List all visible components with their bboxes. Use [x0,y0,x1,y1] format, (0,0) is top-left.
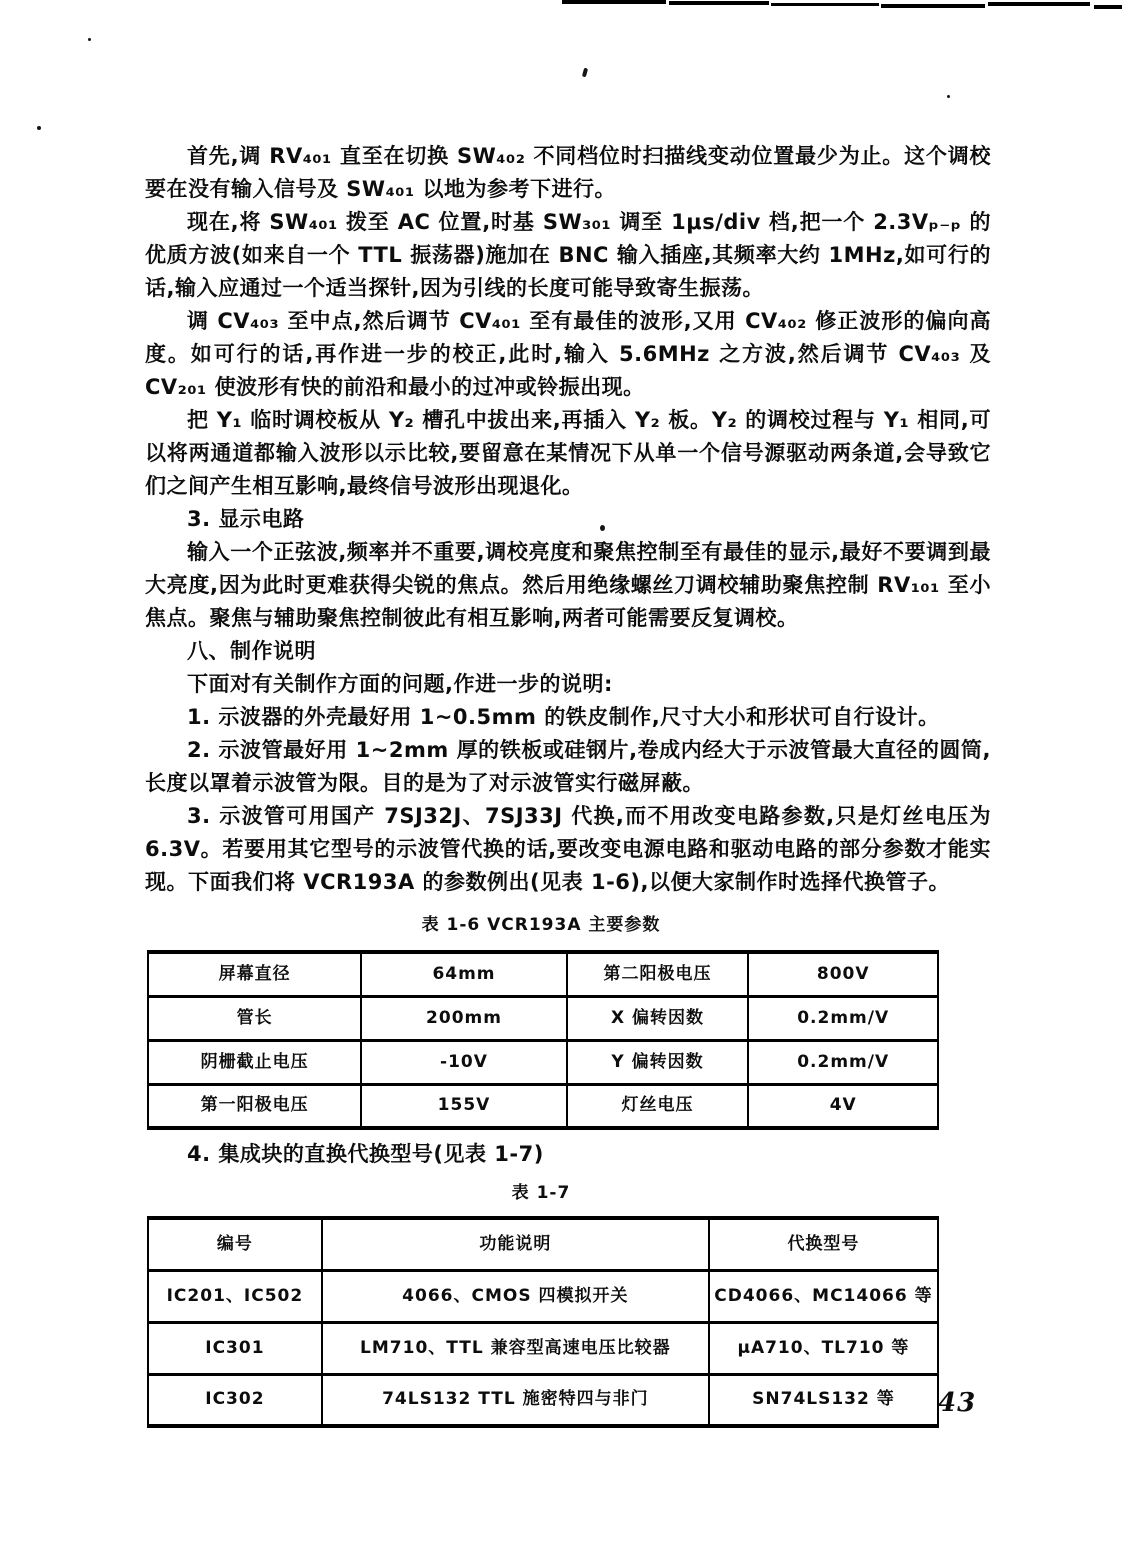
param-label: 管长 [148,996,361,1040]
param-label: X 偏转因数 [567,996,749,1040]
heading-display-circuit: 3. 显示电路 [145,503,991,536]
column-header-ic-number: 编号 [148,1218,322,1270]
param-value: -10V [361,1040,566,1084]
param-value: 0.2mm/V [748,1040,938,1084]
ic-number: IC302 [148,1374,322,1426]
scan-artifact-dash [988,2,1090,6]
scan-artifact-dash [771,3,879,6]
param-value: 64mm [361,952,566,996]
param-value: 4V [748,1084,938,1128]
param-value: 200mm [361,996,566,1040]
list-item-case: 1. 示波器的外壳最好用 1~0.5mm 的铁皮制作,尺寸大小和形状可自行设计。 [145,701,991,734]
ic-number: IC201、IC502 [148,1270,322,1322]
ic-replacement: μA710、TL710 等 [709,1322,938,1374]
paragraph-rv401-adjust: 首先,调 RV₄₀₁ 直至在切换 SW₄₀₂ 不同档位时扫描线变动位置最少为止。… [145,140,991,206]
param-label: 屏幕直径 [148,952,361,996]
param-label: 第一阳极电压 [148,1084,361,1128]
param-value: 800V [748,952,938,996]
paragraph-sine-focus: 输入一个正弦波,频率并不重要,调校亮度和聚焦控制至有最佳的显示,最好不要调到最大… [145,536,991,635]
column-header-replacement: 代换型号 [709,1218,938,1270]
paragraph-sw401-ac-squarewave: 现在,将 SW₄₀₁ 拨至 AC 位置,时基 SW₃₀₁ 调至 1μs/div … [145,206,991,305]
table-header-row: 编号 功能说明 代换型号 [148,1218,938,1270]
list-item-crt-substitute: 3. 示波管可用国产 7SJ32J、7SJ33J 代换,而不用改变电路参数,只是… [145,800,991,899]
table-row: 屏幕直径 64mm 第二阳极电压 800V [148,952,938,996]
list-item-shield: 2. 示波管最好用 1~2mm 厚的铁板或硅钢片,卷成内经大于示波管最大直径的圆… [145,734,991,800]
column-header-function: 功能说明 [322,1218,709,1270]
param-value: 0.2mm/V [748,996,938,1040]
table-row: IC201、IC502 4066、CMOS 四模拟开关 CD4066、MC140… [148,1270,938,1322]
table-row: IC301 LM710、TTL 兼容型高速电压比较器 μA710、TL710 等 [148,1322,938,1374]
scan-artifact-speck [88,38,91,41]
table-ic-substitutions: 编号 功能说明 代换型号 IC201、IC502 4066、CMOS 四模拟开关… [147,1216,939,1428]
param-value: 155V [361,1084,566,1128]
table-vcr193a-parameters: 屏幕直径 64mm 第二阳极电压 800V 管长 200mm X 偏转因数 0.… [147,950,939,1130]
ic-replacement: SN74LS132 等 [709,1374,938,1426]
scan-artifact-dash [1094,5,1122,9]
scan-artifact-dash [881,4,985,8]
scan-artifact-speck [947,95,950,98]
ic-function: 4066、CMOS 四模拟开关 [322,1270,709,1322]
ic-replacement: CD4066、MC14066 等 [709,1270,938,1322]
scan-artifact-speck [37,126,41,130]
page-number: 43 [938,1388,976,1418]
heading-fabrication-notes: 八、制作说明 [145,635,991,668]
param-label: 灯丝电压 [567,1084,749,1128]
table-row: IC302 74LS132 TTL 施密特四与非门 SN74LS132 等 [148,1374,938,1426]
paragraph-cv403-waveform: 调 CV₄₀₃ 至中点,然后调节 CV₄₀₁ 至有最佳的波形,又用 CV₄₀₂ … [145,305,991,404]
param-label: 阴栅截止电压 [148,1040,361,1084]
paragraph-fabrication-intro: 下面对有关制作方面的问题,作进一步的说明: [145,668,991,701]
table-1-7-caption: 表 1-7 [145,1177,937,1210]
table-1-6-caption: 表 1-6 VCR193A 主要参数 [145,909,937,942]
list-item-ic-substitute: 4. 集成块的直换代换型号(见表 1-7) [145,1138,991,1171]
scan-artifact-dash [562,0,666,4]
param-label: 第二阳极电压 [567,952,749,996]
scan-artifact-speck [582,68,588,78]
ic-function: 74LS132 TTL 施密特四与非门 [322,1374,709,1426]
paragraph-y1-y2-boards: 把 Y₁ 临时调校板从 Y₂ 槽孔中拔出来,再插入 Y₂ 板。Y₂ 的调校过程与… [145,404,991,503]
table-row: 管长 200mm X 偏转因数 0.2mm/V [148,996,938,1040]
table-row: 阴栅截止电压 -10V Y 偏转因数 0.2mm/V [148,1040,938,1084]
param-label: Y 偏转因数 [567,1040,749,1084]
scan-artifact-dash [669,1,769,5]
ic-function: LM710、TTL 兼容型高速电压比较器 [322,1322,709,1374]
scanned-book-page: 首先,调 RV₄₀₁ 直至在切换 SW₄₀₂ 不同档位时扫描线变动位置最少为止。… [0,0,1122,1568]
ic-number: IC301 [148,1322,322,1374]
table-row: 第一阳极电压 155V 灯丝电压 4V [148,1084,938,1128]
page-content: 首先,调 RV₄₀₁ 直至在切换 SW₄₀₂ 不同档位时扫描线变动位置最少为止。… [145,140,991,1428]
